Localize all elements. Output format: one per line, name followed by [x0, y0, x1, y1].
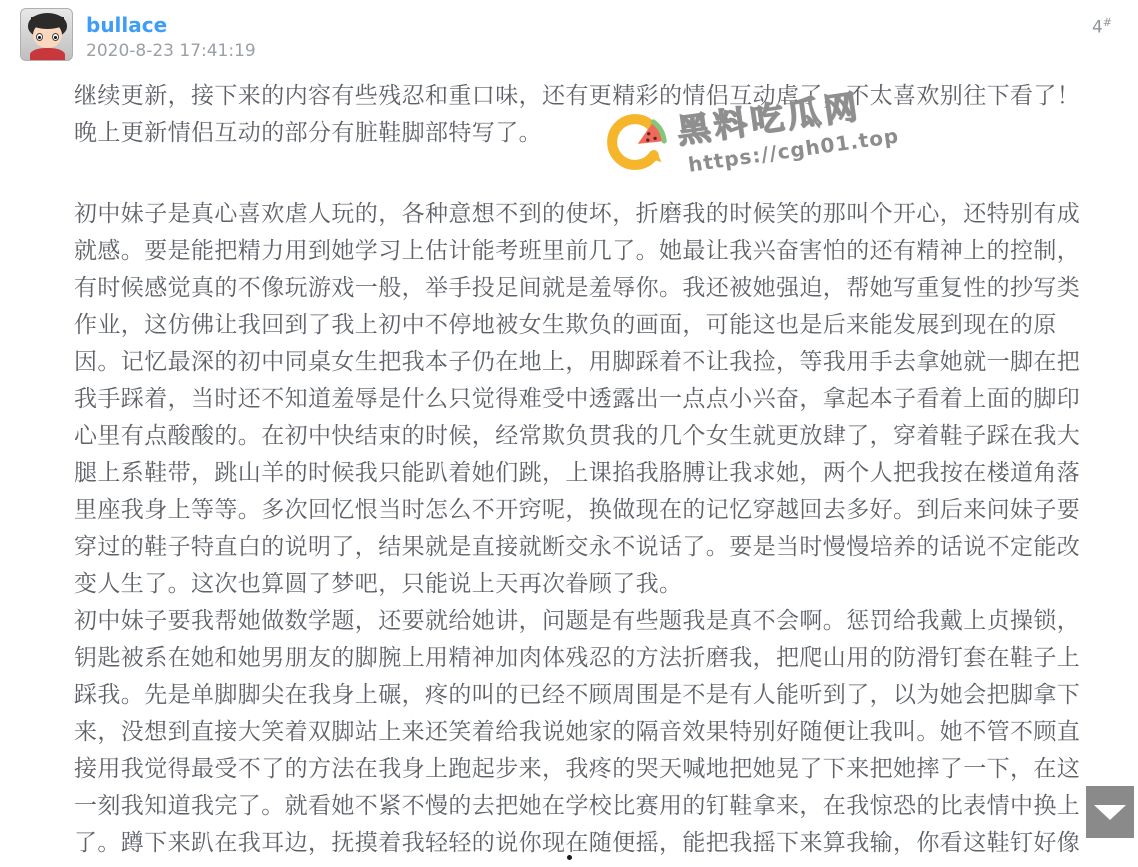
text-caret-dot	[567, 855, 572, 860]
post-line: 晚上更新情侣互动的部分有脏鞋脚部特写了。	[74, 115, 1080, 152]
avatar-shirt	[30, 48, 65, 61]
post-line: 一刻我知道我完了。就看她不紧不慢的去把她在学校比赛用的钉鞋拿来，在我惊恐的比表情…	[74, 788, 1080, 825]
post-line: 里座我身上等等。多次回忆恨当时怎么不开窍呢，换做现在的记忆穿越回去多好。到后来问…	[74, 492, 1080, 529]
post-line: 有时候感觉真的不像玩游戏一般，举手投足间就是羞辱你。我还被她强迫，帮她写重复性的…	[74, 270, 1080, 307]
avatar-fringe	[31, 17, 64, 29]
post-line: 继续更新，接下来的内容有些残忍和重口味，还有更精彩的情侣互动虐了，不太喜欢别往下…	[74, 78, 1080, 115]
post-line: 我手踩着，当时还不知道羞辱是什么只觉得难受中透露出一点点小兴奋，拿起本子看着上面…	[74, 381, 1080, 418]
post-line: 变人生了。这次也算圆了梦吧，只能说上天再次眷顾了我。	[74, 566, 1080, 603]
post-line: 心里有点酸酸的。在初中快结束的时候，经常欺负贯我的几个女生就更放肆了，穿着鞋子踩…	[74, 418, 1080, 455]
post-line: 作业，这仿佛让我回到了我上初中不停地被女生欺负的画面，可能这也是后来能发展到现在…	[74, 307, 1080, 344]
avatar[interactable]	[20, 8, 73, 61]
post-line: 因。记忆最深的初中同桌女生把我本子仍在地上，用脚踩着不让我捡，等我用手去拿她就一…	[74, 344, 1080, 381]
post-paragraph: 初中妹子要我帮她做数学题，还要就给她讲，问题是有些题我是真不会啊。惩罚给我戴上贞…	[74, 603, 1080, 862]
down-arrow-icon	[1094, 805, 1126, 820]
forum-post-page: bullace 2020-8-23 17:41:19 4# 继续更新，接下来的内…	[0, 0, 1138, 867]
post-paragraph: 初中妹子是真心喜欢虐人玩的，各种意想不到的使坏，折磨我的时候笑的那叫个开心，还特…	[74, 196, 1080, 603]
post-line: 就感。要是能把精力用到她学习上估计能考班里前几了。她最让我兴奋害怕的还有精神上的…	[74, 233, 1080, 270]
username-link[interactable]: bullace	[86, 13, 167, 37]
avatar-eye	[36, 33, 43, 41]
floor-number-value: 4	[1092, 18, 1103, 38]
post-line: 了。蹲下来趴在我耳边，抚摸着我轻轻的说你现在随便摇，能把我摇下来算我输，你看这鞋…	[74, 825, 1080, 862]
scroll-down-button[interactable]	[1086, 786, 1134, 838]
post-line: 来，没想到直接大笑着双脚站上来还笑着给我说她家的隔音效果特别好随便让我叫。她不管…	[74, 714, 1080, 751]
post-line: 腿上系鞋带，跳山羊的时候我只能趴着她们跳，上课掐我胳膊让我求她，两个人把我按在楼…	[74, 455, 1080, 492]
post-line: 踩我。先是单脚脚尖在我身上碾，疼的叫的已经不顾周围是不是有人能听到了，以为她会把…	[74, 677, 1080, 714]
post-line: 接用我觉得最受不了的方法在我身上跑起步来，我疼的哭天喊地把她晃了下来把她摔了一下…	[74, 751, 1080, 788]
floor-number: 4#	[1092, 16, 1112, 38]
post-line: 初中妹子是真心喜欢虐人玩的，各种意想不到的使坏，折磨我的时候笑的那叫个开心，还特…	[74, 196, 1080, 233]
post-line: 初中妹子要我帮她做数学题，还要就给她讲，问题是有些题我是真不会啊。惩罚给我戴上贞…	[74, 603, 1080, 640]
post-timestamp: 2020-8-23 17:41:19	[86, 41, 256, 61]
post-paragraph: 继续更新，接下来的内容有些残忍和重口味，还有更精彩的情侣互动虐了，不太喜欢别往下…	[74, 78, 1080, 152]
post-line: 穿过的鞋子特直白的说明了，结果就是直接就断交永不说话了。要是当时慢慢培养的话说不…	[74, 529, 1080, 566]
avatar-eye	[52, 33, 59, 41]
post-line: 钥匙被系在她和她男朋友的脚腕上用精神加肉体残忍的方法折磨我，把爬山用的防滑钉套在…	[74, 640, 1080, 677]
floor-number-suffix: #	[1103, 16, 1112, 29]
